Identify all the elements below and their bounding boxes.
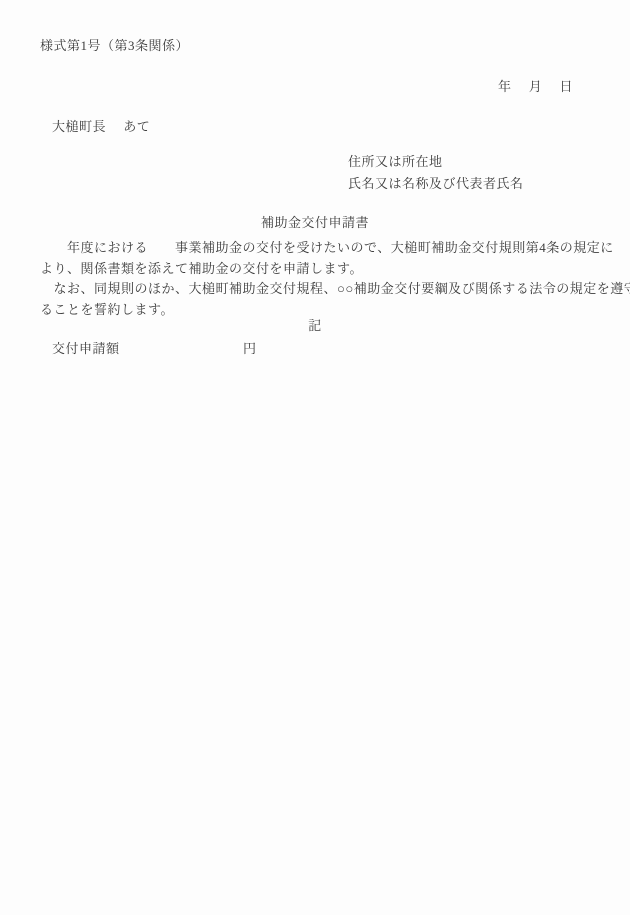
amount-unit-yen: 円 [243, 341, 257, 356]
body-paragraph-1-line-1: 年度における 事業補助金の交付を受けたいので、大槌町補助金交付規則第4条の規定に [40, 240, 614, 255]
record-marker: 記 [0, 318, 630, 333]
form-number: 様式第1号（第3条関係） [40, 38, 189, 53]
sender-name-label: 氏名又は名称及び代表者氏名 [348, 176, 524, 191]
document-title: 補助金交付申請書 [0, 215, 630, 230]
date-line: 年 月 日 [498, 79, 573, 94]
body-paragraph-2-line-1: なお、同規則のほか、大槌町補助金交付規程、○○補助金交付要綱及び関係する法令の規… [40, 281, 630, 296]
body-paragraph-1-line-2: より、関係書類を添えて補助金の交付を申請します。 [40, 261, 363, 276]
application-form-page: 様式第1号（第3条関係） 年 月 日 大槌町長 あて 住所又は所在地 氏名又は名… [0, 0, 630, 915]
amount-label: 交付申請額 [52, 341, 120, 356]
addressee-line: 大槌町長 あて [52, 119, 150, 134]
sender-address-label: 住所又は所在地 [348, 154, 443, 169]
body-paragraph-2-line-2: ることを誓約します。 [40, 302, 174, 317]
